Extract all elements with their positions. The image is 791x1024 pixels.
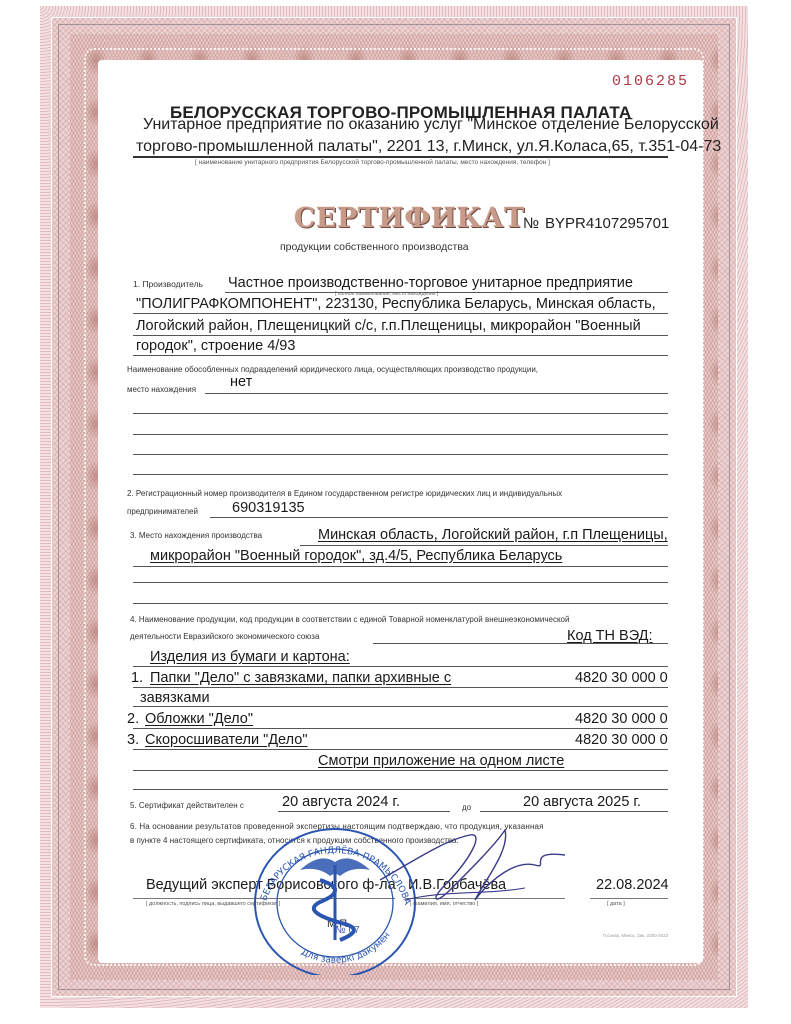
rule (133, 666, 668, 667)
manufacturer-line: "ПОЛИГРАФКОМПОНЕНТ", 223130, Республика … (136, 296, 656, 312)
manufacturer-label: 1. Производитель (133, 279, 203, 289)
production-location-label: 3. Место нахождения производства (130, 531, 262, 540)
rule (133, 789, 668, 790)
serial-number: 0106285 (612, 73, 689, 90)
rule (133, 582, 668, 583)
product-item-name: Обложки "Дело" (145, 711, 253, 727)
valid-to-date: 20 августа 2025 г. (523, 794, 641, 810)
rule (133, 335, 668, 336)
subdivisions-label: Наименование обособленных подразделений … (127, 365, 538, 374)
rule (133, 566, 668, 567)
product-item-name: Папки "Дело" с завязками, папки архивные… (150, 670, 451, 686)
rule (133, 749, 668, 750)
certificate-number: BYPR4107295701 (545, 215, 669, 232)
issuer-branch-line1: Унитарное предприятие по оказанию услуг … (143, 116, 719, 134)
issuer-branch-line2: торгово-промышленной палаты", 2201 13, г… (136, 138, 721, 156)
rule (133, 770, 668, 771)
product-item-name-cont: завязками (140, 690, 210, 706)
rule (205, 393, 668, 394)
print-mark: Госзнак, Минск, Зак. 2200-2023 (603, 933, 668, 938)
rule (590, 898, 668, 899)
rule (133, 313, 668, 314)
product-item-code: 4820 30 000 0 (575, 670, 668, 686)
rule (133, 434, 668, 435)
tn-ved-code-header: Код ТН ВЭД: (567, 628, 653, 644)
rule (133, 413, 668, 414)
product-label-2: деятельности Евразийского экономического… (130, 632, 319, 641)
valid-from-date: 20 августа 2024 г. (282, 794, 400, 810)
registration-label: 2. Регистрационный номер производителя в… (127, 489, 562, 498)
registration-label-2: предпринимателей (127, 507, 198, 516)
product-group: Изделия из бумаги и картона: (150, 649, 350, 665)
certificate-heading: СЕРТИФИКАТ (294, 203, 525, 234)
signature-date: 22.08.2024 (596, 877, 669, 893)
rule (278, 811, 450, 812)
production-location-line2: микрорайон "Военный городок", зд.4/5, Ре… (150, 548, 562, 564)
certificate-subtitle: продукции собственного производства (280, 241, 469, 253)
rule (133, 728, 668, 729)
rule (225, 292, 668, 293)
rule (480, 811, 668, 812)
rule (133, 687, 668, 688)
signature-scribble-icon (375, 820, 585, 910)
product-item-code: 4820 30 000 0 (575, 732, 668, 748)
rule (133, 454, 668, 455)
date-caption: [ дата ] (607, 901, 625, 907)
rule (133, 706, 668, 707)
product-item-number: 2. (127, 711, 139, 727)
validity-label: 5. Сертификат действителен с (130, 801, 244, 810)
manufacturer-line: городок", строение 4/93 (136, 338, 295, 354)
manufacturer-line: Частное производственно-торговое унитарн… (228, 275, 633, 291)
appendix-note: Смотри приложение на одном листе (318, 753, 564, 769)
rule (210, 517, 668, 518)
product-item-code: 4820 30 000 0 (575, 711, 668, 727)
rule (300, 545, 668, 546)
product-label: 4. Наименование продукции, код продукции… (130, 615, 569, 624)
subdivisions-label-2: место нахождения (127, 385, 196, 394)
product-item-number: 1. (131, 670, 143, 686)
rule (133, 603, 668, 604)
product-item-number: 3. (127, 732, 139, 748)
subdivisions-value: нет (230, 374, 252, 390)
rule (133, 355, 668, 356)
valid-to-label: до (462, 803, 471, 812)
registration-number: 690319135 (232, 500, 305, 516)
production-location-line1: Минская область, Логойский район, г.п Пл… (318, 527, 668, 543)
manufacturer-line: Логойский район, Плещеницкий с/с, г.п.Пл… (136, 318, 641, 334)
rule (133, 474, 668, 475)
certificate-number-label: № (523, 215, 539, 232)
issuer-caption: [ наименование унитарного предприятия Бе… (195, 159, 550, 166)
product-item-name: Скоросшиватели "Дело" (145, 732, 307, 748)
issuer-rule (133, 156, 668, 158)
